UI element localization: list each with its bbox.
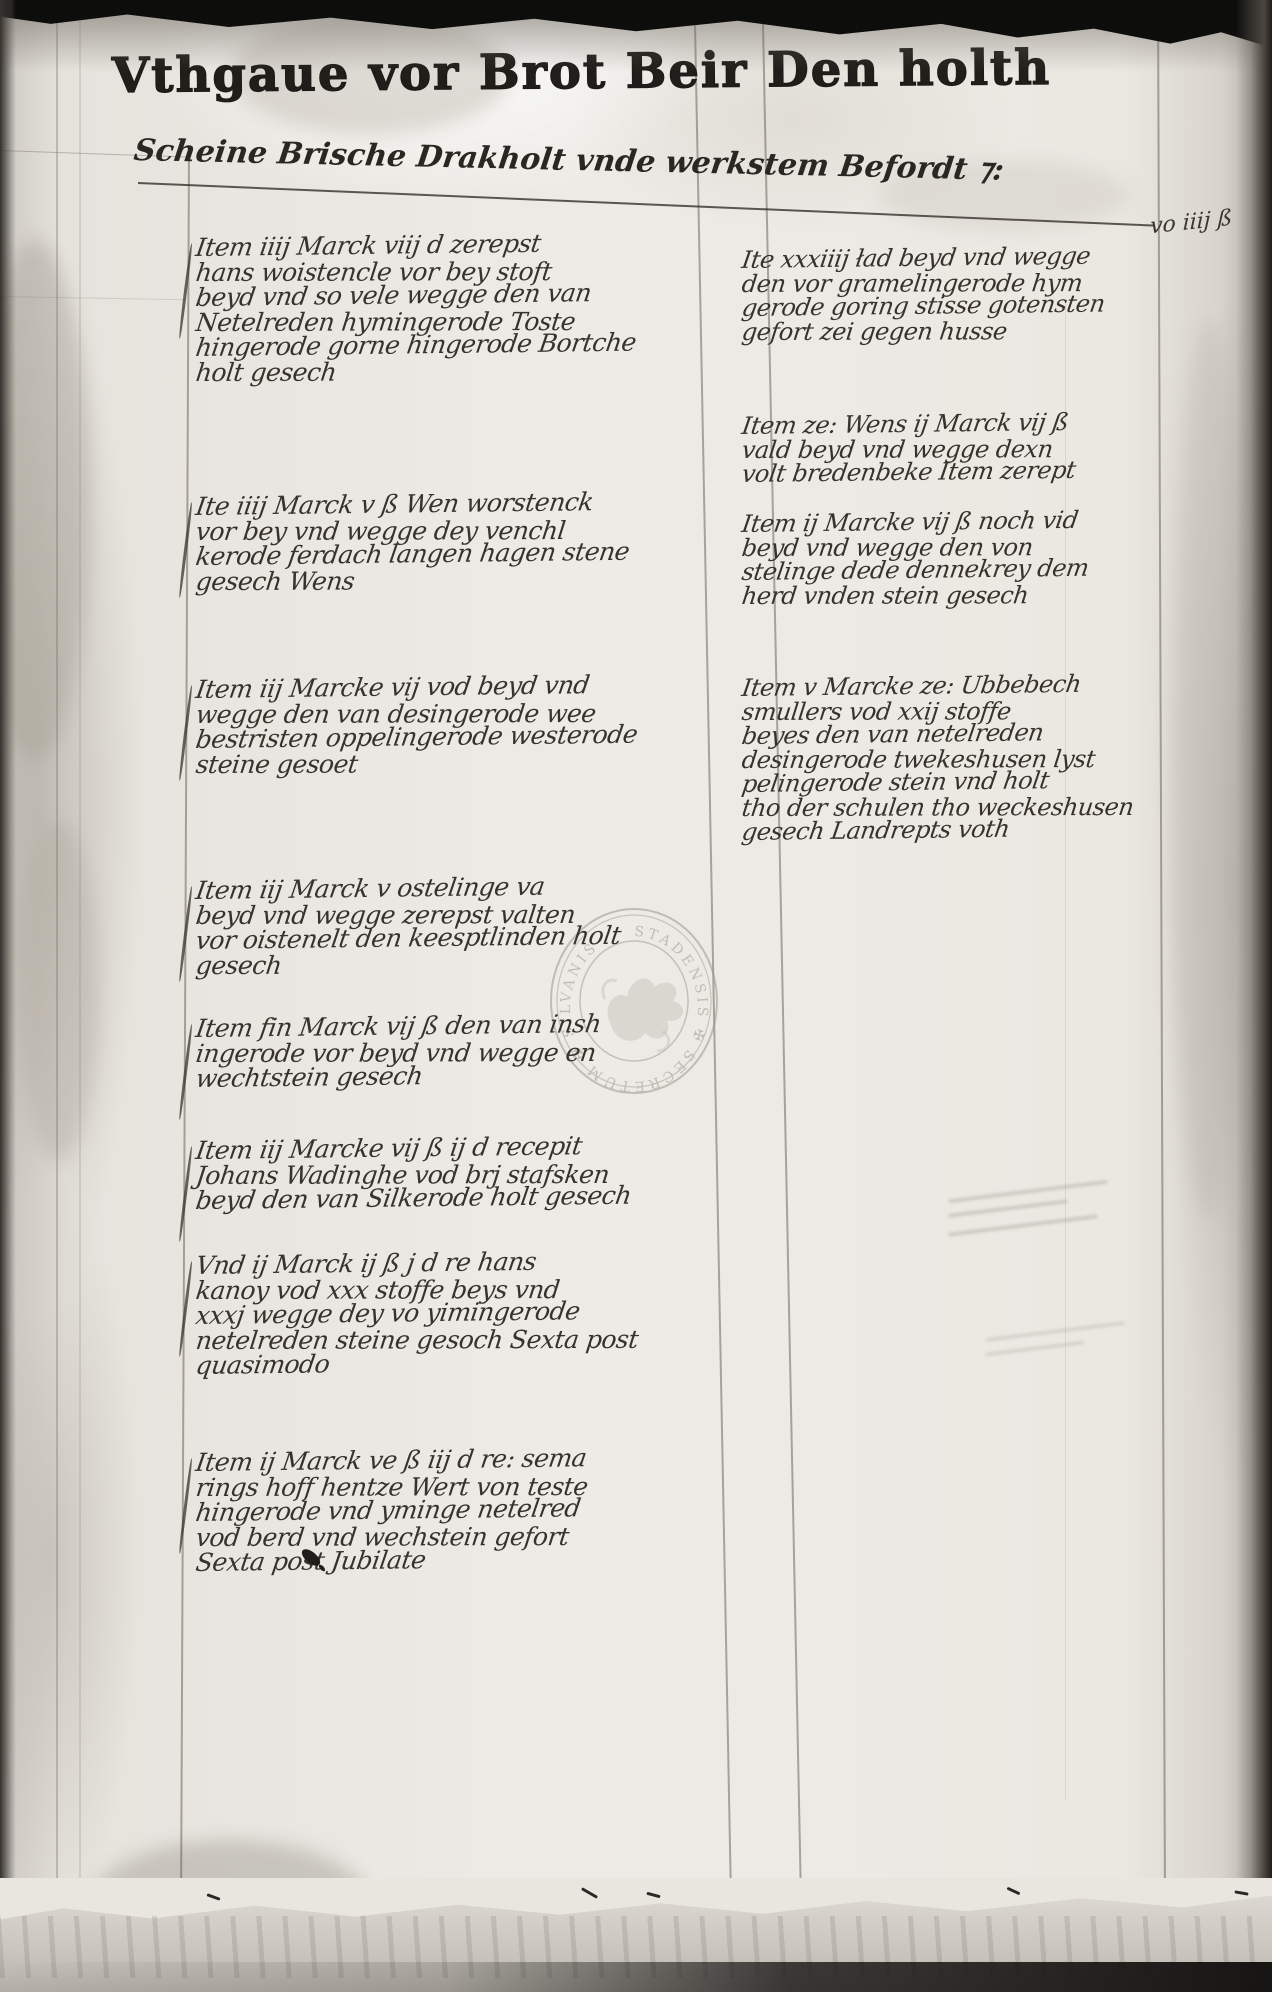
handwriting-paragraph: Item iij Marck v ostelinge vabeyd vnd we… <box>196 878 620 978</box>
handwriting-line: Item fin Marck vij ß den van insh <box>194 1011 603 1041</box>
handwriting-line: herd vnden stein gesech <box>741 583 1090 608</box>
seal-lion-device <box>603 978 683 1051</box>
handwriting-line: Item iij Marck v ostelinge va <box>194 873 622 903</box>
handwriting-line: gesech Wens <box>194 568 630 594</box>
handwriting-line: steine gesoet <box>194 751 638 777</box>
handwriting-paragraph: Item iiij Marck viij d zerepsthans woist… <box>196 235 635 385</box>
handwriting-line: beyd vnd so vele wegge den van <box>194 280 638 310</box>
scan-edge-right <box>1236 0 1272 1992</box>
handwriting-paragraph: Item ze: Wens ij Marck vij ßvald beyd vn… <box>742 414 1075 486</box>
handwriting-line: kerode ferdach langen hagen stene <box>194 539 631 569</box>
handwriting-line: Item iij Marcke vij ß ij d recepit <box>194 1133 633 1163</box>
handwriting-line: holt gesech <box>194 359 636 385</box>
handwriting-line: gefort zei gegen husse <box>741 319 1106 344</box>
handwriting-line: gesech Landrepts voth <box>740 815 1136 844</box>
handwriting-line: vor oistenelt den keesptlinden holt <box>194 923 622 953</box>
handwriting-line: bestristen oppelingerode westerode <box>194 722 639 752</box>
handwriting-line: pelingerode stein vnd holt <box>740 767 1136 796</box>
binding-fold-line <box>79 0 81 1992</box>
handwriting-line: Item v Marcke ze: Ubbebech <box>740 671 1136 700</box>
handwriting-paragraph: Item ij Marcke vij ß noch vidbeyd vnd we… <box>742 512 1088 608</box>
handwriting-line: Vnd ij Marck ij ß j d re hans <box>194 1248 640 1278</box>
handwriting-line: quasimodo <box>194 1348 640 1378</box>
handwriting-line: Item ij Marck ve ß iij d re: sema <box>194 1445 590 1475</box>
handwriting-line: hingerode gorne hingerode Bortche <box>194 330 638 360</box>
handwriting-line: Item iij Marcke vij vod beyd vnd <box>194 672 639 702</box>
handwriting-paragraph: Item iij Marcke vij vod beyd vndwegge de… <box>196 677 637 777</box>
handwriting-line: hingerode vnd yminge netelred <box>194 1495 590 1525</box>
manuscript-scan: STADENSIS ✠ SECRETUM ✠ SILVANIS Vthgaue … <box>0 0 1272 1992</box>
handwriting-paragraph: Ite iiij Marck v ß Wen worstenckvor bey … <box>196 494 628 594</box>
handwriting-line: beyes den van netelreden <box>740 719 1136 748</box>
handwriting-line: volt bredenbeke Item zerept <box>740 458 1077 486</box>
handwriting-line: Ite iiij Marck v ß Wen worstenck <box>194 489 631 519</box>
handwriting-line: Item ze: Wens ij Marck vij ß <box>740 410 1077 438</box>
bleedthrough-mark <box>985 1330 1145 1364</box>
handwriting-line: Sexta post Jubilate <box>194 1545 590 1575</box>
handwriting-line: Item iiij Marck viij d zerepst <box>194 230 638 260</box>
handwriting-paragraph: Item iij Marcke vij ß ij d recepitJohans… <box>196 1138 630 1213</box>
scan-shadow-bottom <box>0 1962 1272 1992</box>
handwriting-paragraph: Vnd ij Marck ij ß j d re hanskanoy vod x… <box>196 1253 638 1378</box>
binding-fold-line <box>56 0 58 1992</box>
handwriting-paragraph: Ite xxxiiij ład beyd vnd weggeden vor gr… <box>742 248 1104 344</box>
handwriting-line: Ite xxxiiij ład beyd vnd wegge <box>740 244 1106 272</box>
handwriting-paragraph: Item fin Marck vij ß den van inshingerod… <box>196 1016 600 1091</box>
handwriting-line: gesech <box>194 952 621 978</box>
handwriting-line: gerode goring stisse gotensten <box>740 292 1106 320</box>
bleedthrough-mark <box>948 1190 1128 1241</box>
handwriting-paragraph: Item ij Marck ve ß iij d re: semarings h… <box>196 1450 588 1575</box>
handwriting-line: Item ij Marcke vij ß noch vid <box>740 508 1090 536</box>
handwriting-line: wechtstein gesech <box>194 1061 603 1091</box>
handwriting-line: stelinge dede dennekrey dem <box>740 556 1090 584</box>
handwriting-paragraph: Item v Marcke ze: Ubbebechsmullers vod x… <box>742 676 1133 844</box>
scan-edge-left <box>0 0 16 1992</box>
handwriting-line: xxxj wegge dey vo yimingerode <box>194 1298 640 1328</box>
handwriting-line: beyd den van Silkerode holt gesech <box>194 1183 633 1213</box>
